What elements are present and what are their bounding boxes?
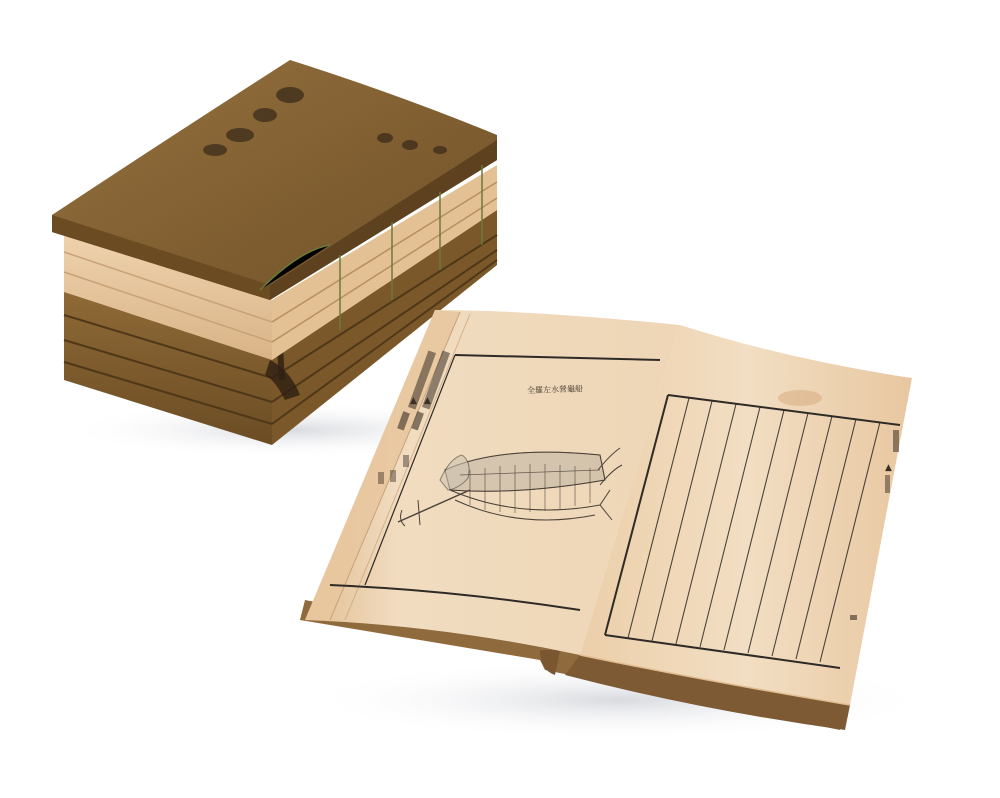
left-page-heading: 全羅左水營龜船 [527, 383, 583, 395]
svg-text:▲: ▲ [410, 396, 417, 406]
svg-text:▲: ▲ [424, 396, 431, 406]
svg-text:▲: ▲ [885, 463, 892, 473]
photo-scene: 全羅左水營龜船 ▲ ▲ [0, 0, 1000, 798]
open-book: 全羅左水營龜船 ▲ ▲ [300, 310, 940, 740]
